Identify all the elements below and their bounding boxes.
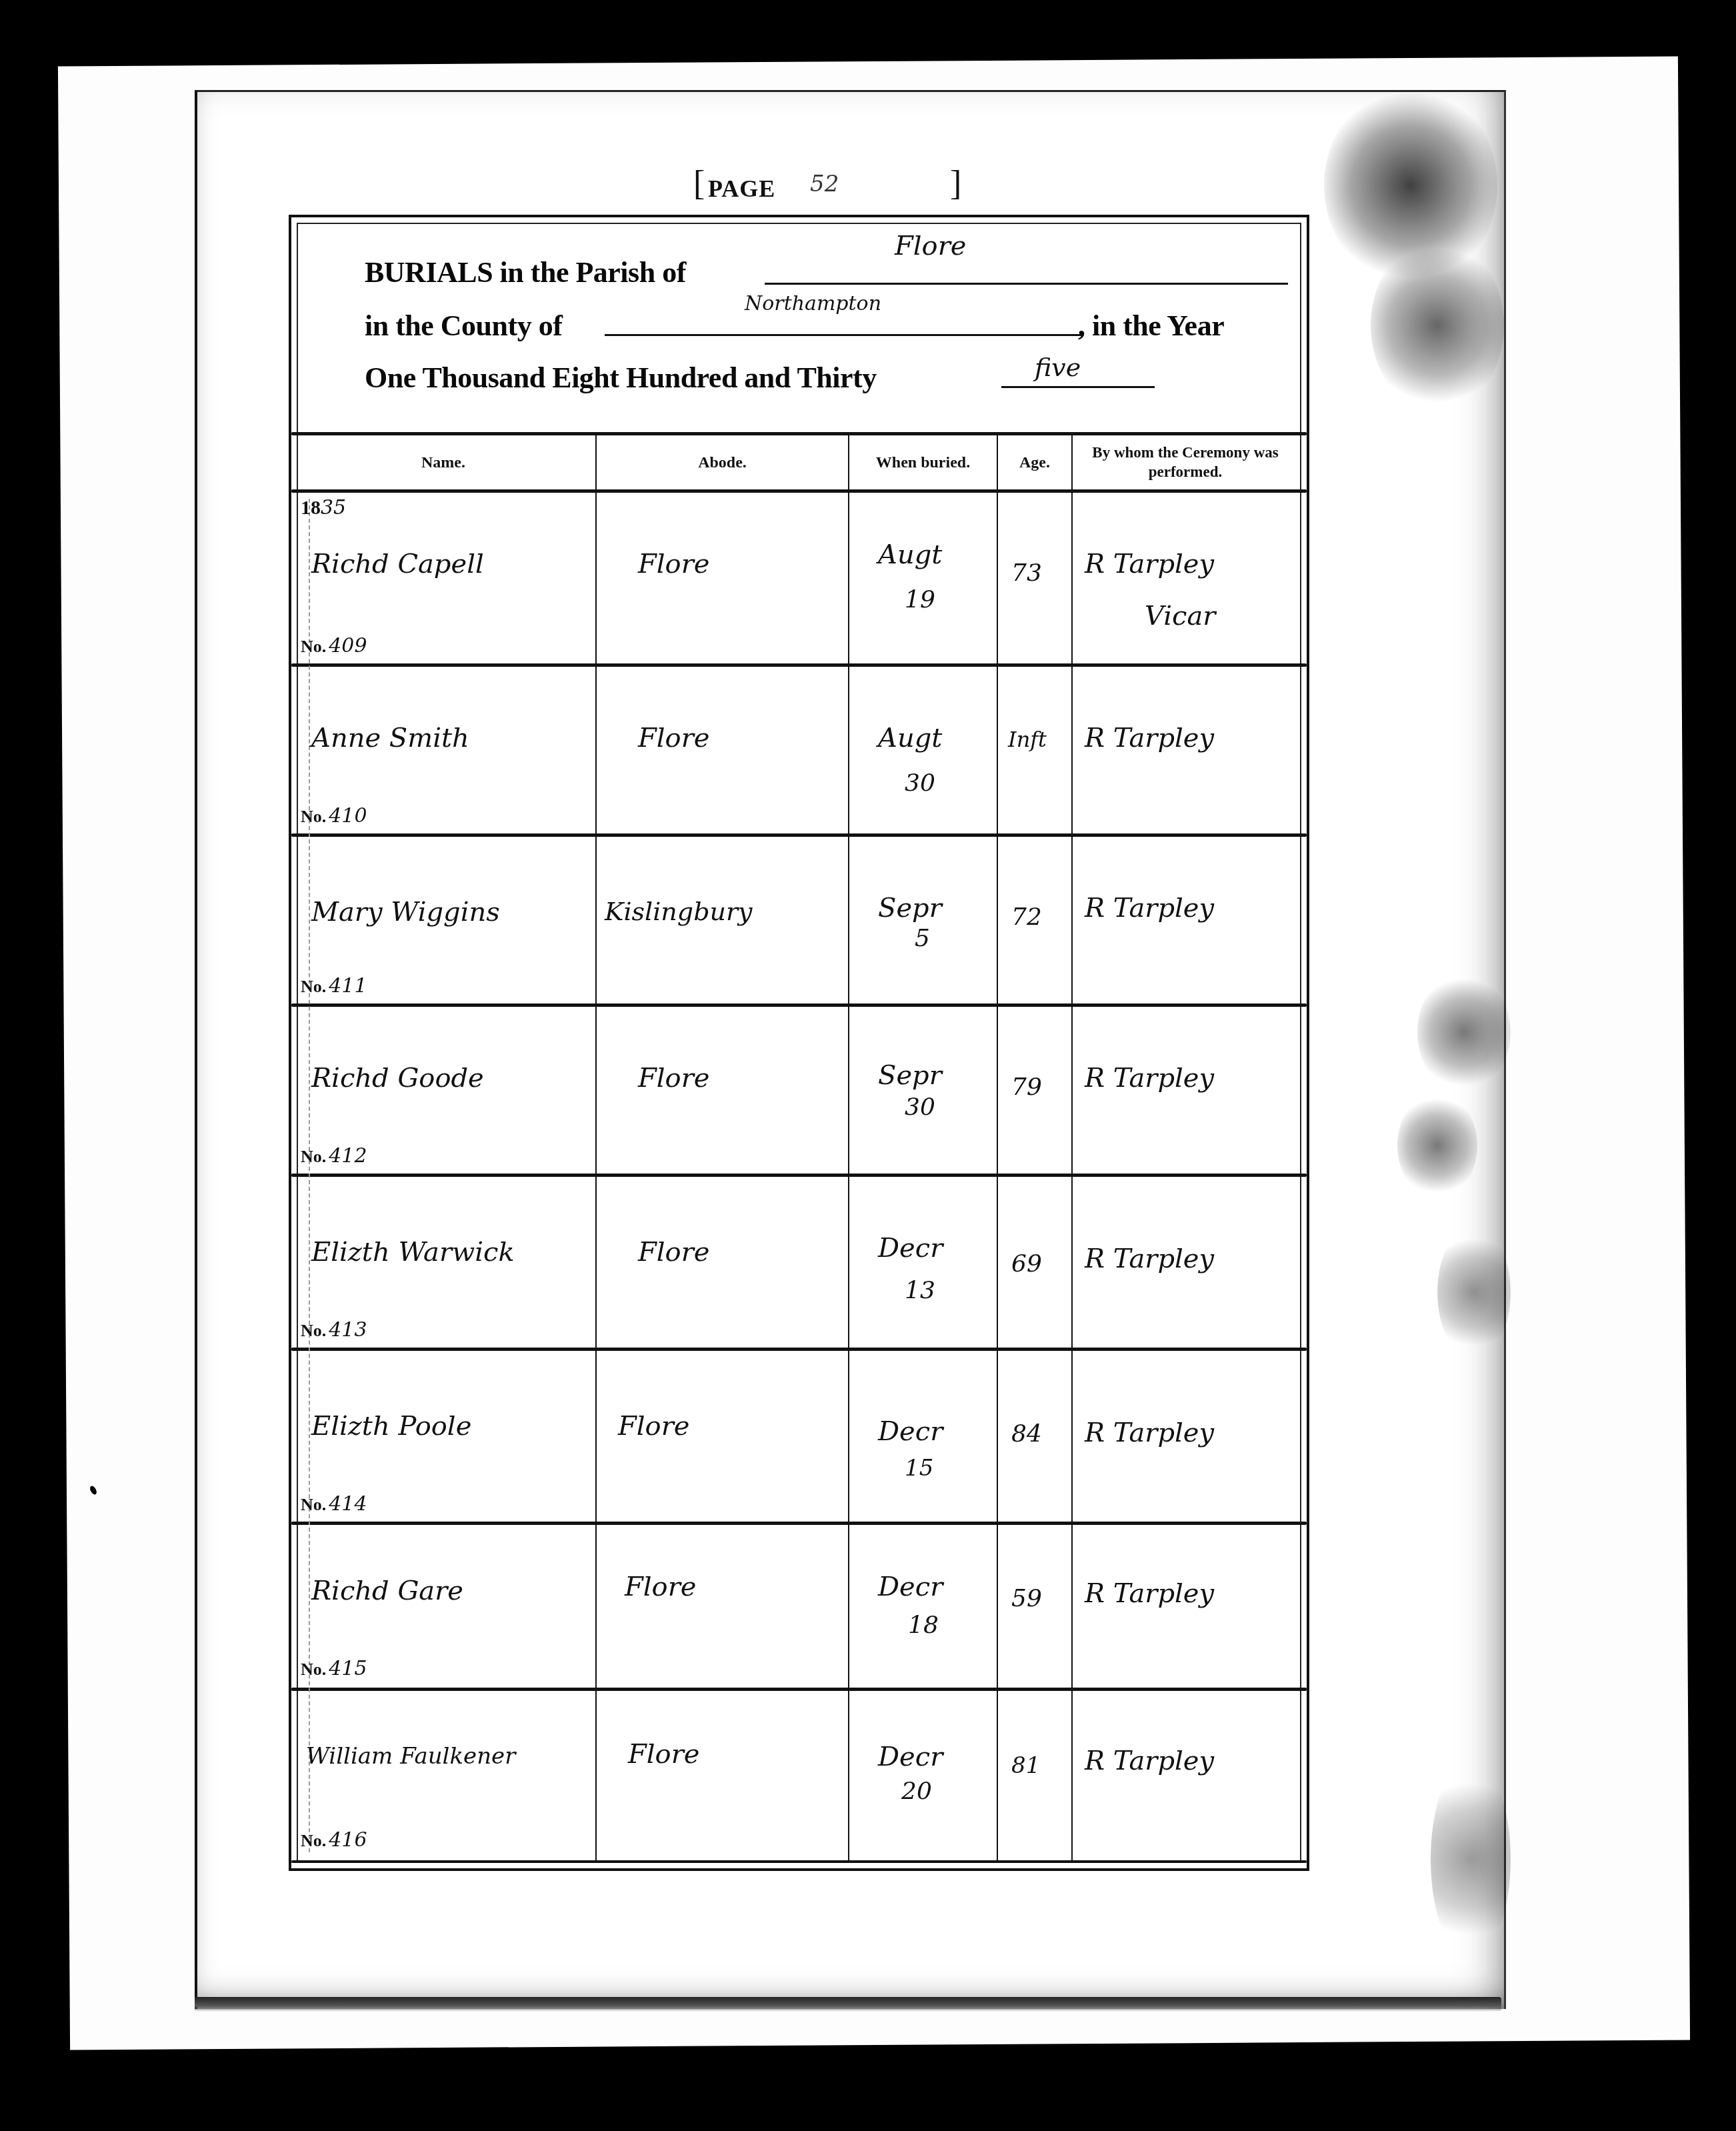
year-prefix: One Thousand Eight Hundred and Thirty	[365, 361, 877, 394]
entry-number-label: No.	[301, 977, 326, 996]
entry-burial-day: 5	[915, 925, 930, 952]
title-line-year: One Thousand Eight Hundred and Thirty	[365, 361, 877, 395]
foxing-stain	[1371, 239, 1504, 412]
entry-officiant-title: Vicar	[1145, 601, 1215, 631]
entry-abode: Flore	[618, 1411, 689, 1442]
entry-number-value: 415	[329, 1657, 367, 1680]
page-label: PAGE	[708, 175, 775, 203]
entry-burial-day: 19	[905, 586, 935, 613]
entry-officiant: R Tarpley	[1085, 1063, 1214, 1094]
entry-abode: Flore	[625, 1572, 696, 1602]
entry-age: 79	[1011, 1074, 1042, 1101]
burial-register-table: BURIALS in the Parish of Flore in the Co…	[289, 215, 1309, 1871]
county-fill-line	[605, 327, 1081, 336]
title-block: BURIALS in the Parish of Flore in the Co…	[291, 217, 1307, 431]
column-header-when-buried: When buried.	[849, 435, 997, 489]
entry-name: Mary Wiggins	[311, 897, 500, 927]
entry-burial-day: 18	[908, 1612, 939, 1639]
county-prefix: in the County of	[365, 309, 562, 342]
entry-officiant: R Tarpley	[1085, 893, 1214, 923]
parish-prefix: BURIALS in the Parish of	[365, 256, 686, 289]
entry-burial-month: Decr	[878, 1572, 943, 1602]
foxing-stain	[1397, 1092, 1477, 1199]
register-row: Elizth Poole Flore Decr 15 84 R Tarpley …	[291, 1351, 1307, 1522]
entry-abode: Flore	[638, 1237, 709, 1268]
entry-number: No.415	[301, 1657, 367, 1680]
entry-abode: Kislingbury	[605, 897, 753, 926]
entry-officiant: R Tarpley	[1085, 1244, 1214, 1274]
entry-name: Elizth Poole	[311, 1411, 471, 1442]
entry-number-label: No.	[301, 1831, 326, 1850]
entry-abode: Flore	[628, 1739, 699, 1770]
register-row: Richd Capell Flore Augt 19 73 R Tarpley …	[291, 493, 1307, 663]
entry-burial-day: 30	[905, 769, 935, 797]
entry-officiant: R Tarpley	[1085, 1418, 1214, 1448]
entry-name: Elizth Warwick	[311, 1237, 515, 1268]
entry-burial-month: Sepr	[878, 893, 942, 923]
entry-burial-month: Sepr	[878, 1060, 942, 1091]
entry-burial-month: Augt	[878, 539, 942, 570]
entry-burial-day: 30	[905, 1094, 935, 1121]
page-number-header: [ PAGE 52 ]	[693, 172, 973, 205]
entry-burial-month: Decr	[878, 1742, 943, 1772]
entry-number-label: No.	[301, 637, 326, 656]
entry-burial-month: Decr	[878, 1416, 943, 1447]
entry-number-label: No.	[301, 807, 326, 826]
entry-number-value: 414	[329, 1492, 367, 1516]
bracket-close: ]	[950, 164, 961, 203]
entry-age: 59	[1011, 1585, 1042, 1612]
page-bottom-edge	[195, 1997, 1501, 2012]
entry-officiant: R Tarpley	[1085, 1746, 1214, 1776]
entry-number-value: 416	[329, 1828, 367, 1852]
register-row: Richd Gare Flore Decr 18 59 R Tarpley No…	[291, 1525, 1307, 1688]
table-bottom-rule	[291, 1860, 1307, 1863]
page-number: 52	[810, 171, 839, 197]
foxing-stain	[1437, 1226, 1511, 1359]
entry-number-label: No.	[301, 1660, 326, 1679]
parish-value: Flore	[895, 231, 966, 261]
entry-number-value: 410	[329, 804, 367, 827]
entry-age: 72	[1011, 903, 1042, 931]
foxing-stain	[1431, 1759, 1511, 1959]
register-grid: Name. Abode. When buried. Age. By whom t…	[291, 432, 1307, 1868]
entry-number: No.410	[301, 804, 367, 827]
entry-number: No.413	[301, 1318, 367, 1342]
entry-number: No.409	[301, 634, 367, 657]
title-line-county: in the County of	[365, 309, 562, 343]
entry-age: 81	[1011, 1752, 1040, 1779]
entry-burial-month: Augt	[878, 723, 942, 753]
register-row: Richd Goode Flore Sepr 30 79 R Tarpley N…	[291, 1007, 1307, 1174]
entry-name: Richd Goode	[311, 1063, 484, 1094]
entry-number-label: No.	[301, 1495, 326, 1514]
entry-name: William Faulkener	[306, 1743, 515, 1770]
entry-name: Richd Gare	[311, 1576, 463, 1606]
foxing-stain	[1417, 972, 1511, 1092]
county-value: Northampton	[745, 292, 881, 315]
entry-officiant: R Tarpley	[1085, 1578, 1214, 1609]
entry-number: No.411	[301, 974, 367, 997]
register-row: Elizth Warwick Flore Decr 13 69 R Tarple…	[291, 1177, 1307, 1348]
column-header-officiant: By whom the Ceremony was performed.	[1075, 435, 1295, 489]
register-row: Mary Wiggins Kislingbury Sepr 5 72 R Tar…	[291, 837, 1307, 1003]
entry-number-value: 411	[329, 974, 367, 997]
register-row: Anne Smith Flore Augt 30 Inft R Tarpley …	[291, 667, 1307, 833]
entry-age: 84	[1011, 1420, 1042, 1448]
entry-age: Inft	[1008, 727, 1047, 752]
entry-number: No.412	[301, 1144, 367, 1168]
entry-number-value: 413	[329, 1318, 367, 1342]
column-header-name: Name.	[291, 435, 595, 489]
year-value: five	[1035, 353, 1081, 382]
entry-number-value: 409	[329, 634, 367, 657]
entry-number: No.414	[301, 1492, 367, 1516]
entry-abode: Flore	[638, 1063, 709, 1094]
parish-fill-line	[765, 276, 1288, 285]
entry-number: No.416	[301, 1828, 367, 1852]
entry-burial-day: 13	[905, 1277, 935, 1304]
entry-age: 73	[1011, 559, 1042, 587]
entry-number-label: No.	[301, 1321, 326, 1340]
title-line-parish: BURIALS in the Parish of	[365, 255, 686, 289]
entry-officiant: R Tarpley	[1085, 723, 1214, 753]
year-suffix: , in the Year	[1078, 309, 1224, 343]
entry-officiant: R Tarpley	[1085, 549, 1214, 579]
entry-burial-month: Decr	[878, 1233, 943, 1264]
entry-burial-day: 20	[901, 1778, 932, 1805]
entry-name: Richd Capell	[311, 549, 484, 579]
entry-number-value: 412	[329, 1144, 367, 1168]
column-header-abode: Abode.	[597, 435, 848, 489]
entry-age: 69	[1011, 1250, 1042, 1278]
entry-burial-day: 15	[905, 1455, 933, 1482]
entry-abode: Flore	[638, 549, 709, 579]
entry-number-label: No.	[301, 1147, 326, 1166]
bracket-open: [	[693, 164, 705, 203]
entry-abode: Flore	[638, 723, 709, 753]
register-row: William Faulkener Flore Decr 20 81 R Tar…	[291, 1691, 1307, 1860]
column-header-age: Age.	[998, 435, 1071, 489]
entry-name: Anne Smith	[311, 723, 469, 753]
